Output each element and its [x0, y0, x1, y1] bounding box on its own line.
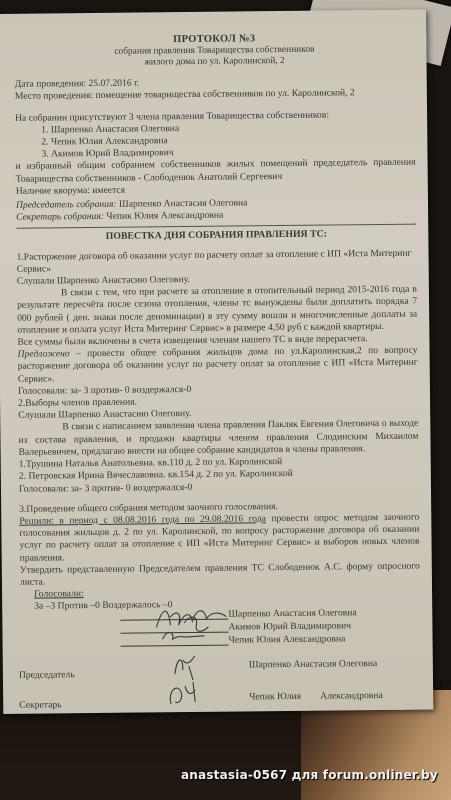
officers-block: Председатель Шарпенко Анастасия Олеговна… [21, 655, 422, 717]
agenda-heading: ПОВЕСТКА ДНЯ СОБРАНИЯ ПРАВЛЕНИЯ ТС: [16, 228, 416, 244]
meeting-secretary-label: Секретарь собрания: [16, 211, 104, 223]
item3-decision: Решили: в период с 08.08.2016 года по 29… [19, 512, 419, 565]
signatory-name: Чепик Юлия Александровна [229, 633, 346, 646]
chairman-name: Шарпенко Анастасия Олеговна [249, 658, 377, 672]
item1-body: В связи с тем, что при расчете за отопле… [17, 284, 417, 337]
signature-block: Шарпенко Анастасия Олеговна Акимов Юрий … [20, 606, 420, 649]
decided-underlined: Решили: в период с 08.08.2016 года по 29… [19, 513, 266, 527]
secretary-name: Чепик Юлия Александровна [249, 690, 383, 704]
meeting-secretary-name: Чепик Юлия Александровна [104, 210, 223, 222]
item3-voted-label: Голосовали: [34, 588, 84, 600]
signatory-name: Акимов Юрий Владимирович [228, 620, 351, 633]
meeting-chair-label: Председатель собрания: [16, 199, 117, 211]
secretary-label: Секретарь [19, 699, 61, 712]
watermark-text: anastasia-0567 для forum.onliner.by [181, 768, 438, 782]
chairman-label: Председатель [19, 669, 75, 682]
proposed-text: – провести общее собрания жильцов дома п… [18, 345, 418, 385]
signatory-name: Шарпенко Анастасия Олеговна [228, 607, 356, 621]
chairman-secretary-signatures [161, 651, 212, 710]
handwritten-signatures [148, 602, 238, 645]
meeting-chair-name: Шарпенко Анастасия Олеговна [117, 197, 248, 209]
item2-body: В связи с написанием заявления члена пра… [18, 418, 418, 459]
document-sheet: ПРОТОКОЛ №3 собрания правления Товарищес… [0, 9, 433, 713]
item1-proposal: Предложено – провести общее собрания жил… [18, 345, 418, 386]
proposed-label: Предложено [18, 349, 70, 361]
document-content: ПРОТОКОЛ №3 собрания правления Товарищес… [14, 32, 421, 718]
members-list: 1. Шарпенко Анастасия Олеговна 2. Чепик … [15, 120, 415, 161]
